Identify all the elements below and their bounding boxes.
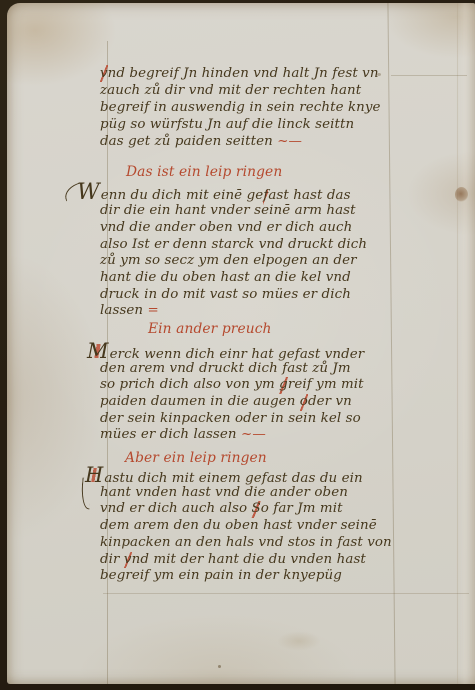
text-line: kinpacken an den hals vnd stos in fast v… — [100, 535, 400, 552]
screenshot-root: { "palette": { "background": "#261d11", … — [0, 0, 475, 690]
text-segment: druck in do mit vast so mües er dich — [100, 287, 351, 302]
rubric-heading-ander-preuch: Ein ander preuch — [148, 320, 400, 338]
text-segment: den arem vnd druckt dich fast zů Jm — [100, 361, 351, 376]
text-line: hant die du oben hast an die kel vnd — [100, 270, 400, 287]
text-line: Merck wenn dich einr hat gefast vnder — [100, 344, 400, 361]
photo-background: vnd begreif Jn hinden vnd halt Jn fest v… — [0, 0, 475, 690]
continuation-paragraph: vnd begreif Jn hinden vnd halt Jn fest v… — [100, 65, 400, 150]
rubric-heading-text: Das ist ein leip ringen — [126, 164, 282, 180]
text-segment: enn du dich mit einē ge — [101, 188, 264, 203]
text-line: zů ym so secz ym den elpogen an der — [100, 253, 400, 270]
body-grip-paragraph: Wenn du dich mit einē gefast hast dasdir… — [100, 186, 400, 320]
text-line: hant vnden hast vnd die ander oben — [100, 485, 400, 502]
text-line: Hastu dich mit einem gefast das du ein — [100, 468, 400, 485]
rubricated-letter: v — [100, 65, 108, 82]
text-line: den arem vnd druckt dich fast zů Jm — [100, 361, 400, 378]
manuscript-page: vnd begreif Jn hinden vnd halt Jn fest v… — [7, 3, 475, 684]
text-line: vnd begreif Jn hinden vnd halt Jn fest v… — [100, 65, 400, 82]
text-segment: begreif ym ein pain in der knyepüg — [100, 568, 342, 583]
rubricated-letter: o — [300, 394, 308, 411]
text-segment: der sein kinpacken oder in sein kel so — [100, 411, 361, 426]
text-segment: ast hast das — [268, 188, 350, 203]
text-line: begreif in auswendig in sein rechte knye — [100, 99, 400, 116]
rubric-line-filler: ~— — [277, 134, 302, 149]
text-segment: reif ym mit — [288, 377, 364, 392]
text-segment: dir — [100, 552, 124, 567]
text-line: paiden daumen in die augen oder vn — [100, 394, 400, 411]
text-line: das get zů paiden seitten ~— — [100, 133, 400, 150]
text-line: begreif ym ein pain in der knyepüg — [100, 568, 400, 585]
text-segment: hant die du oben hast an die kel vnd — [100, 270, 351, 285]
text-segment: so prich dich also von ym — [100, 377, 279, 392]
text-line: vnd die ander oben vnd er dich auch — [100, 220, 400, 237]
text-line: püg so würfstu Jn auf die linck seittn — [100, 116, 400, 133]
text-segment: das get zů paiden seitten — [100, 134, 277, 149]
page-stain — [277, 631, 321, 651]
rubricated-letter: S — [251, 501, 260, 518]
rubric-heading-aber-leip-ringen: Aber ein leip ringen — [125, 449, 400, 467]
rubric-heading-text: Aber ein leip ringen — [125, 450, 267, 466]
text-line: so prich dich also von ym greif ym mit — [100, 377, 400, 394]
text-segment: paiden daumen in die augen — [100, 394, 300, 409]
initial-letter: W — [77, 186, 100, 200]
ink-stain — [455, 187, 468, 202]
initial-letter: M — [87, 344, 109, 358]
text-segment: also Ist er denn starck vnd druckt dich — [100, 237, 367, 252]
text-segment: mües er dich lassen — [100, 427, 241, 442]
text-segment: hant vnden hast vnd die ander oben — [100, 485, 348, 500]
text-line: dem arem den du oben hast vnder seinē — [100, 518, 400, 535]
text-segment: vnd er dich auch also — [100, 501, 251, 516]
text-segment: vnd die ander oben vnd er dich auch — [100, 220, 352, 235]
text-line: mües er dich lassen ~— — [100, 427, 400, 444]
ruling-line-top — [391, 75, 467, 76]
text-segment: zauch zů dir vnd mit der rechten hant — [100, 83, 361, 98]
text-line: lassen = — [100, 303, 400, 320]
second-body-grip-paragraph: Hastu dich mit einem gefast das du einha… — [100, 468, 400, 585]
text-segment: o far Jm mit — [261, 501, 343, 516]
text-line: Wenn du dich mit einē gefast hast das — [100, 186, 400, 203]
text-segment: zů ym so secz ym den elpogen an der — [100, 253, 357, 268]
text-line: dir vnd mit der hant die du vnden hast — [100, 552, 400, 569]
rubricated-letter: g — [279, 377, 288, 394]
rubric-line-filler: ~— — [241, 427, 266, 442]
rubricated-letter: v — [124, 552, 132, 569]
page-edge — [457, 3, 475, 684]
counter-technique-paragraph: Merck wenn dich einr hat gefast vnderden… — [100, 344, 400, 444]
rubric-line-filler: = — [148, 303, 159, 318]
text-segment: lassen — [100, 303, 148, 318]
text-block: vnd begreif Jn hinden vnd halt Jn fest v… — [100, 65, 400, 585]
initial-letter: H — [85, 468, 103, 482]
text-line: zauch zů dir vnd mit der rechten hant — [100, 82, 400, 99]
text-line: dir die ein hant vnder seinē arm hast — [100, 203, 400, 220]
text-line: also Ist er denn starck vnd druckt dich — [100, 237, 400, 254]
ruling-line-bottom — [103, 593, 469, 594]
text-segment: nd mit der hant die du vnden hast — [132, 552, 366, 567]
text-segment: püg so würfstu Jn auf die linck seittn — [100, 117, 354, 132]
text-segment: nd begreif Jn hinden vnd halt Jn fest vn — [108, 66, 379, 81]
text-segment: der vn — [308, 394, 352, 409]
rubric-heading-text: Ein ander preuch — [148, 321, 272, 337]
text-segment: kinpacken an den hals vnd stos in fast v… — [100, 535, 392, 550]
text-line: druck in do mit vast so mües er dich — [100, 287, 400, 304]
rubric-heading-leip-ringen: Das ist ein leip ringen — [126, 163, 400, 181]
page-fleck — [218, 665, 221, 668]
text-segment: dem arem den du oben hast vnder seinē — [100, 518, 377, 533]
text-line: vnd er dich auch also So far Jm mit — [100, 501, 400, 518]
text-line: der sein kinpacken oder in sein kel so — [100, 411, 400, 428]
text-segment: begreif in auswendig in sein rechte knye — [100, 100, 381, 115]
text-segment: dir die ein hant vnder seinē arm hast — [100, 203, 356, 218]
